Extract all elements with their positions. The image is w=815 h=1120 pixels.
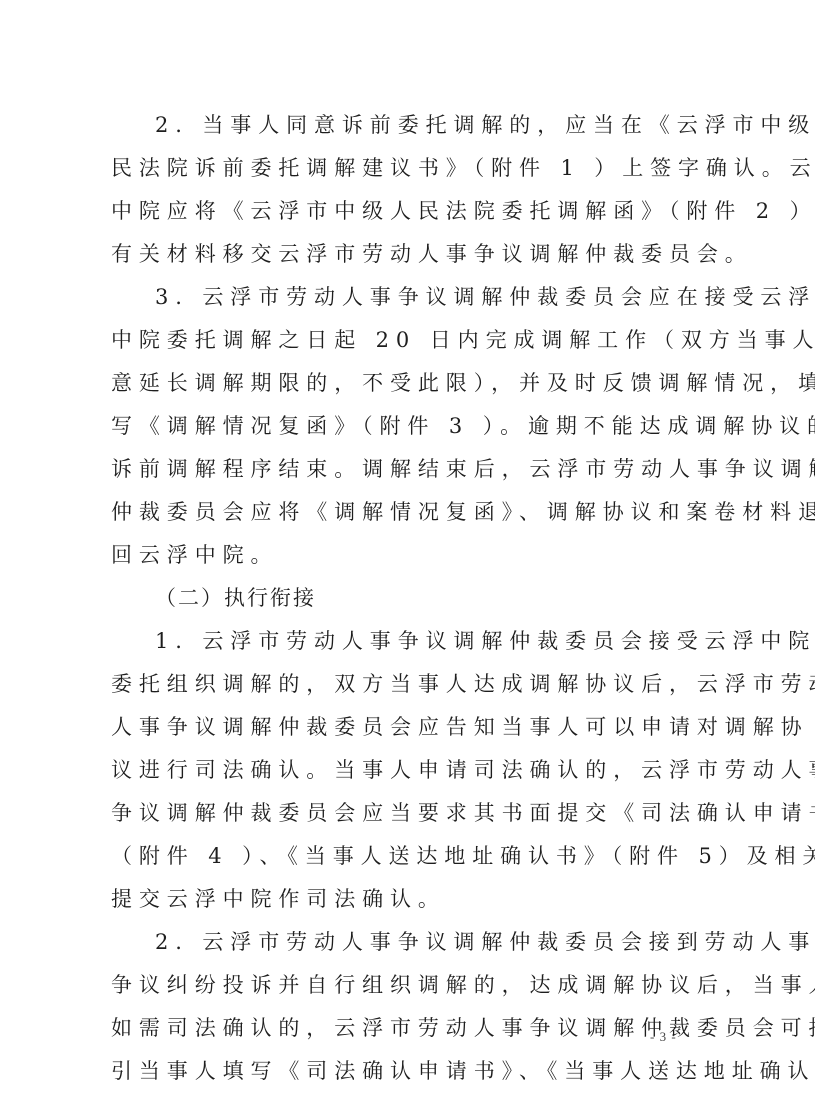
exec-paragraph-1-line-6: （附件 4 ）、《当事人送达地址确认书》（附件 5）及相关材料， [111,835,677,878]
paragraph-2-line-1: 2. 当事人同意诉前委托调解的，应当在《云浮市中级人 [111,104,677,147]
exec-paragraph-1-line-2: 委托组织调解的，双方当事人达成调解协议后，云浮市劳动 [111,663,677,706]
page-number: - 3 - [650,1029,677,1045]
exec-paragraph-2-line-3: 如需司法确认的，云浮市劳动人事争议调解仲裁委员会可指 [111,1007,677,1050]
paragraph-3-line-4: 写《调解情况复函》（附件 3 ）。逾期不能达成调解协议的， [111,405,677,448]
paragraph-3-line-1: 3. 云浮市劳动人事争议调解仲裁委员会应在接受云浮 [111,276,677,319]
exec-paragraph-1-line-7: 提交云浮中院作司法确认。 [111,878,677,921]
exec-paragraph-1-line-3: 人事争议调解仲裁委员会应告知当事人可以申请对调解协 [111,706,677,749]
paragraph-2-line-2: 民法院诉前委托调解建议书》（附件 1 ）上签字确认。云浮 [111,147,677,190]
paragraph-2-line-4: 有关材料移交云浮市劳动人事争议调解仲裁委员会。 [111,233,677,276]
exec-paragraph-2-line-2: 争议纠纷投诉并自行组织调解的，达成调解协议后，当事人 [111,964,677,1007]
paragraph-3-line-3: 意延长调解期限的，不受此限），并及时反馈调解情况，填 [111,362,677,405]
paragraph-3-line-7: 回云浮中院。 [111,534,677,577]
section-heading: （二）执行衔接 [111,577,677,620]
paragraph-2-line-3: 中院应将《云浮市中级人民法院委托调解函》（附件 2 ）和 [111,190,677,233]
exec-paragraph-1-line-4: 议进行司法确认。当事人申请司法确认的，云浮市劳动人事 [111,749,677,792]
paragraph-3-line-6: 仲裁委员会应将《调解情况复函》、调解协议和案卷材料退 [111,491,677,534]
exec-paragraph-1-line-5: 争议调解仲裁委员会应当要求其书面提交《司法确认申请书》 [111,792,677,835]
exec-paragraph-2-line-1: 2. 云浮市劳动人事争议调解仲裁委员会接到劳动人事 [111,921,677,964]
document-page: 2. 当事人同意诉前委托调解的，应当在《云浮市中级人 民法院诉前委托调解建议书》… [111,104,677,1093]
exec-paragraph-2-line-4: 引当事人填写《司法确认申请书》、《当事人送达地址确认书》， [111,1050,677,1093]
paragraph-3-line-2: 中院委托调解之日起 20 日内完成调解工作（双方当事人同 [111,319,677,362]
exec-paragraph-1-line-1: 1. 云浮市劳动人事争议调解仲裁委员会接受云浮中院 [111,620,677,663]
paragraph-3-line-5: 诉前调解程序结束。调解结束后，云浮市劳动人事争议调解 [111,448,677,491]
